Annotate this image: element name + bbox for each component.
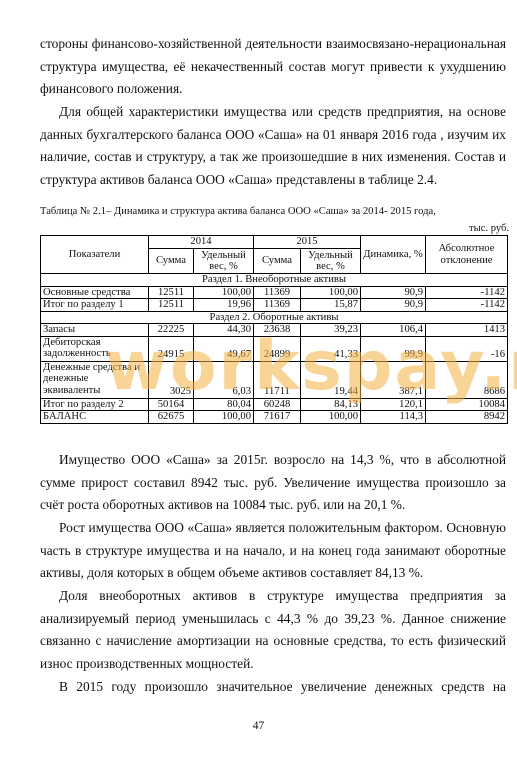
cell-sum-2015: 11711: [254, 361, 301, 398]
header-share-2014: Удельный вес, %: [194, 249, 254, 274]
row-name: Запасы: [41, 324, 149, 337]
cell-share-2015: 100,00: [301, 286, 361, 299]
cell-share-2014: 19,96: [194, 299, 254, 312]
cell-share-2014: 6,03: [194, 361, 254, 398]
paragraph-3: Имущество ООО «Саша» за 2015г. возросло …: [40, 449, 506, 517]
cell-dynamics: 106,4: [361, 324, 426, 337]
cell-deviation: 8942: [426, 411, 508, 424]
header-sum-2014: Сумма: [149, 249, 194, 274]
document-page: стороны финансово-хозяйственной деятельн…: [0, 0, 517, 767]
header-sum-2015: Сумма: [254, 249, 301, 274]
cell-deviation: 10084: [426, 398, 508, 411]
cell-dynamics: 99,9: [361, 336, 426, 361]
paragraph-4: Рост имущества ООО «Саша» является полож…: [40, 517, 506, 585]
cell-sum-2015: 11369: [254, 299, 301, 312]
cell-share-2015: 19,44: [301, 361, 361, 398]
table-row: Денежные средства и денежные эквиваленты…: [41, 361, 508, 398]
row-name: Денежные средства и денежные эквиваленты: [41, 361, 149, 398]
header-deviation: Абсолютное отклонение: [426, 236, 508, 274]
section-1-title: Раздел 1. Внеоборотные активы: [41, 274, 508, 287]
cell-share-2015: 41,33: [301, 336, 361, 361]
cell-sum-2014: 24915: [149, 336, 194, 361]
table-row: Дебиторская задолженность 24915 49,67 24…: [41, 336, 508, 361]
cell-sum-2015: 24899: [254, 336, 301, 361]
cell-dynamics: 387,1: [361, 361, 426, 398]
cell-dynamics: 90,9: [361, 299, 426, 312]
cell-dynamics: 114,3: [361, 411, 426, 424]
paragraph-2: Для общей характеристики имущества или с…: [40, 101, 506, 191]
table-row: Итог по разделу 1 12511 19,96 11369 15,8…: [41, 299, 508, 312]
page-number: 47: [0, 720, 517, 732]
paragraph-6: В 2015 году произошло значительное увели…: [40, 676, 506, 699]
header-year-2014: 2014: [149, 236, 254, 249]
cell-sum-2015: 71617: [254, 411, 301, 424]
row-name: Итог по разделу 2: [41, 398, 149, 411]
cell-deviation: 8686: [426, 361, 508, 398]
cell-sum-2014: 12511: [149, 286, 194, 299]
header-indicator: Показатели: [41, 236, 149, 274]
cell-sum-2014: 22225: [149, 324, 194, 337]
cell-sum-2014: 3025: [149, 361, 194, 398]
cell-share-2014: 100,00: [194, 286, 254, 299]
cell-share-2014: 49,67: [194, 336, 254, 361]
cell-share-2015: 39,23: [301, 324, 361, 337]
cell-share-2014: 44,30: [194, 324, 254, 337]
cell-share-2015: 100,00: [301, 411, 361, 424]
cell-share-2014: 100,00: [194, 411, 254, 424]
cell-sum-2015: 23638: [254, 324, 301, 337]
asset-dynamics-table: Показатели 2014 2015 Динамика, % Абсолют…: [40, 235, 508, 424]
cell-share-2015: 84,13: [301, 398, 361, 411]
paragraph-5: Доля внеоборотных активов в структуре им…: [40, 585, 506, 675]
table-row: Запасы 22225 44,30 23638 39,23 106,4 141…: [41, 324, 508, 337]
cell-sum-2014: 62675: [149, 411, 194, 424]
section-2-title: Раздел 2. Оборотные активы: [41, 311, 508, 324]
row-name: БАЛАНС: [41, 411, 149, 424]
cell-deviation: -1142: [426, 299, 508, 312]
header-dynamics: Динамика, %: [361, 236, 426, 274]
row-name: Основные средства: [41, 286, 149, 299]
section-row-1: Раздел 1. Внеоборотные активы: [41, 274, 508, 287]
cell-share-2015: 15,87: [301, 299, 361, 312]
header-year-2015: 2015: [254, 236, 361, 249]
cell-sum-2015: 11369: [254, 286, 301, 299]
header-row-1: Показатели 2014 2015 Динамика, % Абсолют…: [41, 236, 508, 249]
cell-dynamics: 90,9: [361, 286, 426, 299]
paragraph-1: стороны финансово-хозяйственной деятельн…: [40, 33, 506, 101]
table-caption: Таблица № 2.1– Динамика и структура акти…: [40, 206, 436, 217]
table-row: Итог по разделу 2 50164 80,04 60248 84,1…: [41, 398, 508, 411]
section-row-2: Раздел 2. Оборотные активы: [41, 311, 508, 324]
row-name: Итог по разделу 1: [41, 299, 149, 312]
table-row: Основные средства 12511 100,00 11369 100…: [41, 286, 508, 299]
row-name: Дебиторская задолженность: [41, 336, 149, 361]
cell-sum-2015: 60248: [254, 398, 301, 411]
table-units: тыс. руб.: [469, 223, 509, 234]
cell-deviation: -16: [426, 336, 508, 361]
header-share-2015: Удельный вес, %: [301, 249, 361, 274]
table-row: БАЛАНС 62675 100,00 71617 100,00 114,3 8…: [41, 411, 508, 424]
cell-sum-2014: 12511: [149, 299, 194, 312]
cell-dynamics: 120,1: [361, 398, 426, 411]
cell-share-2014: 80,04: [194, 398, 254, 411]
cell-deviation: 1413: [426, 324, 508, 337]
cell-deviation: -1142: [426, 286, 508, 299]
cell-sum-2014: 50164: [149, 398, 194, 411]
